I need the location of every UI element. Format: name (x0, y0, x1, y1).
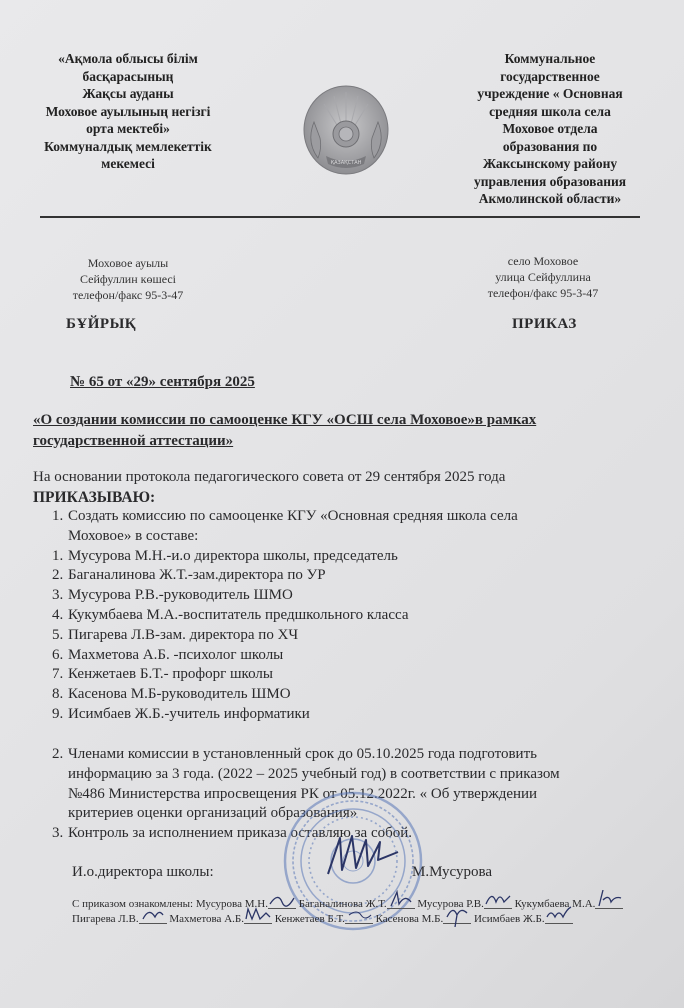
order-word-kazakh: БҰЙРЫҚ (66, 316, 136, 333)
item-text-line: Создать комиссию по самооценке КГУ «Осно… (68, 507, 622, 527)
header-line: Моховое отдела (460, 120, 640, 138)
address-russian: село Моховое улица Сейфуллина телефон/фа… (468, 253, 618, 301)
handwritten-signature-icon (484, 896, 512, 909)
item-number: 3. (52, 824, 63, 844)
handwritten-signature-icon (268, 896, 296, 909)
acquaintance-label: С приказом ознакомлены: (72, 898, 193, 910)
handwritten-signature-icon (595, 896, 623, 909)
acquaintance-list: С приказом ознакомлены: Мусурова М.Н. Ба… (72, 896, 682, 926)
member-text: Мусурова М.Н.-и.о директора школы, предс… (68, 548, 398, 564)
member-number: 7. (52, 665, 63, 685)
item-text-line: Моховое» в составе: (68, 527, 622, 547)
header-line: средняя школа села (460, 103, 640, 121)
acquainted-person: Махметова А.Б. (169, 913, 244, 925)
acquainted-person: Пигарева Л.В. (72, 913, 139, 925)
order-title: «О создании комиссии по самооценке КГУ «… (33, 410, 633, 452)
signature-position: И.о.директора школы: (72, 864, 214, 881)
member-number: 1. (52, 547, 63, 567)
header-line: Моховое ауылының негізгі (28, 103, 228, 121)
member-item: 8.Касенова М.Б-руководитель ШМО (22, 685, 622, 705)
address-line: телефон/факс 95-3-47 (468, 285, 618, 301)
header-kazakh-institution: «Ақмола облысы білім басқарасының Жақсы … (28, 50, 228, 173)
header-line: государственное (460, 68, 640, 86)
header-line: Коммунальное (460, 50, 640, 68)
address-line: телефон/факс 95-3-47 (58, 287, 198, 303)
member-item: 9.Исимбаев Ж.Б.-учитель информатики (22, 705, 622, 725)
address-line: Моховое ауылы (58, 255, 198, 271)
member-text: Касенова М.Б-руководитель ШМО (68, 686, 291, 702)
member-text: Кукумбаева М.А.-воспитатель предшкольног… (68, 607, 408, 623)
member-item: 3.Мусурова Р.В.-руководитель ШМО (22, 586, 622, 606)
acquainted-person: Исимбаев Ж.Б. (474, 913, 545, 925)
item-text-line: информацию за 3 года. (2022 – 2025 учебн… (68, 765, 662, 785)
header-line: управления образования (460, 173, 640, 191)
address-kazakh: Моховое ауылы Сейфуллин көшесі телефон/ф… (58, 255, 198, 303)
member-item: 1.Мусурова М.Н.-и.о директора школы, пре… (22, 547, 622, 567)
handwritten-signature-icon (545, 911, 573, 924)
item-text-line: Членами комиссии в установленный срок до… (68, 745, 662, 765)
member-item: 4.Кукумбаева М.А.-воспитатель предшкольн… (22, 606, 622, 626)
acquainted-person: Баганалинова Ж.Т. (299, 898, 387, 910)
member-text: Исимбаев Ж.Б.-учитель информатики (68, 706, 310, 722)
header-line: «Ақмола облысы білім (28, 50, 228, 68)
member-item: 7.Кенжетаев Б.Т.- профорг школы (22, 665, 622, 685)
member-number: 4. (52, 606, 63, 626)
member-text: Кенжетаев Б.Т.- профорг школы (68, 666, 273, 682)
order-item-1: 1. Создать комиссию по самооценке КГУ «О… (22, 507, 622, 547)
signature-name: М.Мусурова (412, 864, 492, 881)
header-line: образования по (460, 138, 640, 156)
handwritten-signature-icon (443, 911, 471, 924)
member-text: Пигарева Л.В-зам. директора по ХЧ (68, 627, 298, 643)
member-text: Баганалинова Ж.Т.-зам.директора по УР (68, 567, 326, 583)
commission-block: 1. Создать комиссию по самооценке КГУ «О… (22, 507, 622, 725)
handwritten-signature-icon (244, 911, 272, 924)
header-line: Акмолинской области» (460, 190, 640, 208)
order-basis: На основании протокола педагогического с… (33, 469, 505, 486)
member-text: Мусурова Р.В.-руководитель ШМО (68, 587, 293, 603)
order-command: ПРИКАЗЫВАЮ: (33, 489, 155, 507)
item-number: 2. (52, 745, 63, 765)
handwritten-signature-icon (387, 896, 415, 909)
item-number: 1. (52, 507, 63, 527)
member-number: 6. (52, 646, 63, 666)
order-number: № 65 от «29» сентября 2025 (70, 374, 255, 391)
svg-text:ҚАЗАҚСТАН: ҚАЗАҚСТАН (331, 160, 362, 166)
member-number: 9. (52, 705, 63, 725)
header-line: Жаксынскому району (460, 155, 640, 173)
header-line: Коммуналдық мемлекеттік (28, 138, 228, 156)
address-line: Сейфуллин көшесі (58, 271, 198, 287)
acquainted-person: Кенжетаев Б.Т. (275, 913, 345, 925)
member-number: 8. (52, 685, 63, 705)
header-line: учреждение « Основная (460, 85, 640, 103)
member-number: 2. (52, 566, 63, 586)
member-number: 5. (52, 626, 63, 646)
member-item: 2.Баганалинова Ж.Т.-зам.директора по УР (22, 566, 622, 586)
member-text: Махметова А.Б. -психолог школы (68, 647, 283, 663)
header-line: мекемесі (28, 155, 228, 173)
acquainted-person: Касенова М.Б. (376, 913, 444, 925)
header-line: басқарасының (28, 68, 228, 86)
order-word-russian: ПРИКАЗ (512, 316, 577, 333)
header-divider (40, 216, 640, 218)
address-line: улица Сейфуллина (468, 269, 618, 285)
member-item: 5.Пигарева Л.В-зам. директора по ХЧ (22, 626, 622, 646)
handwritten-signature-icon (139, 911, 167, 924)
state-emblem-icon: ҚАЗАҚСТАН (300, 82, 392, 192)
director-signature (322, 830, 402, 880)
header-russian-institution: Коммунальное государственное учреждение … (460, 50, 640, 208)
member-item: 6.Махметова А.Б. -психолог школы (22, 646, 622, 666)
member-number: 3. (52, 586, 63, 606)
handwritten-signature-icon (345, 911, 373, 924)
address-line: село Моховое (468, 253, 618, 269)
header-line: Жақсы ауданы (28, 85, 228, 103)
header-line: орта мектебі» (28, 120, 228, 138)
